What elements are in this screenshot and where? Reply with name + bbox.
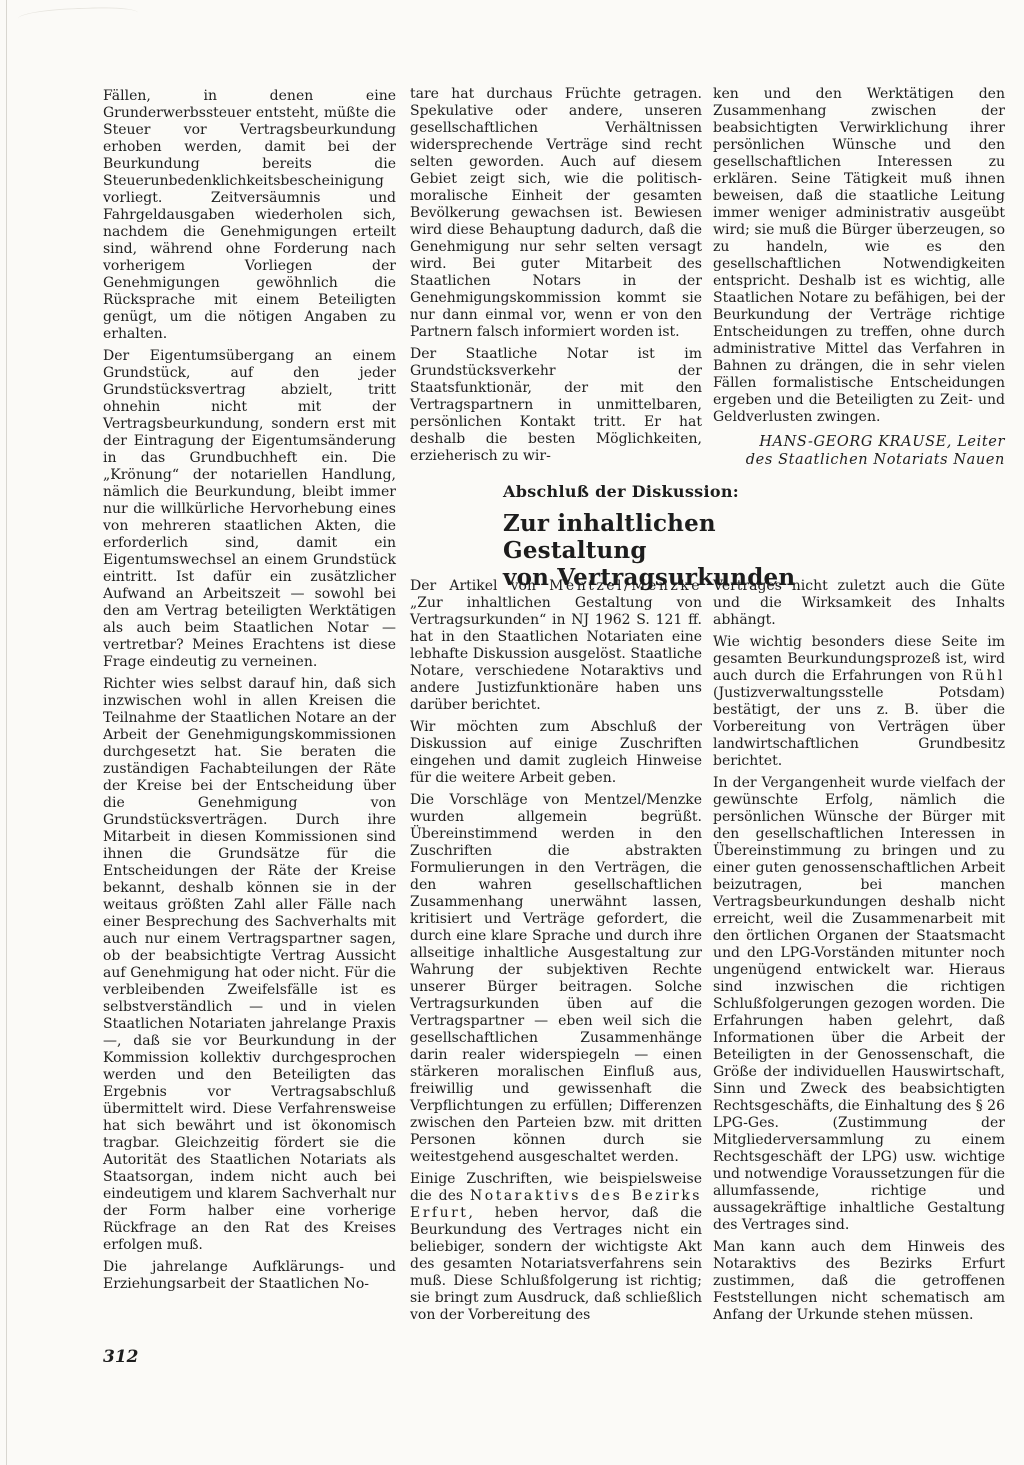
signature-role: des Staatlichen Notariats Nauen — [746, 452, 1005, 468]
paragraph: tare hat durchaus Früchte getragen. Spek… — [410, 86, 702, 341]
text-run: Richter wies selbst darauf hin, daß sich… — [103, 676, 396, 1253]
signature-name: HANS-GEORG KRAUSE, Leiter — [759, 434, 1005, 450]
paragraph: Der Staatliche Notar ist im Grundstücksv… — [410, 346, 702, 465]
text-run: (Justizverwaltungsstelle Potsdam) bestät… — [713, 685, 1005, 769]
paragraph: Die jahrelange Aufklärungs- und Erziehun… — [103, 1259, 396, 1293]
column-1: Fällen, in denen eine Grunderwerbssteuer… — [103, 88, 396, 1293]
paragraph: Der Artikel von Mentzel/Menzke „Zur inha… — [410, 578, 702, 714]
text-run: Man kann auch dem Hinweis des Notaraktiv… — [713, 1239, 1005, 1323]
scan-edge-line — [6, 0, 7, 1465]
text-run: In der Vergangenheit wurde vielfach der … — [713, 775, 1005, 1233]
text-run: „Zur inhaltlichen Gestaltung von Vertrag… — [410, 595, 702, 713]
paragraph: Fällen, in denen eine Grunderwerbssteuer… — [103, 88, 396, 343]
emphasized-name: Mentzel/Menzke — [549, 578, 702, 594]
page-number: 312 — [103, 1347, 139, 1367]
text-run: Vertrages nicht zuletzt auch die Güte un… — [713, 578, 1005, 628]
text-run: Der Staatliche Notar ist im Grundstücksv… — [410, 346, 702, 464]
paragraph: Wie wichtig besonders diese Seite im ges… — [713, 634, 1005, 770]
text-run: ken und den Werktätigen den Zusammenhang… — [713, 86, 1005, 425]
paragraph: Vertrages nicht zuletzt auch die Güte un… — [713, 578, 1005, 629]
column-2-bottom: Der Artikel von Mentzel/Menzke „Zur inha… — [410, 578, 702, 1324]
text-run: Die jahrelange Aufklärungs- und Erziehun… — [103, 1259, 396, 1292]
section-kicker: Abschluß der Diskussion: — [503, 482, 833, 501]
section-heading: Abschluß der Diskussion: Zur inhaltliche… — [503, 482, 833, 591]
column-3-top: ken und den Werktätigen den Zusammenhang… — [713, 86, 1005, 469]
text-run: Der Artikel von — [410, 578, 549, 594]
paragraph: In der Vergangenheit wurde vielfach der … — [713, 775, 1005, 1234]
scan-corner-artifact — [18, 6, 139, 27]
paragraph: Der Eigentumsübergang an einem Grundstüc… — [103, 348, 396, 671]
column-3-bottom: Vertrages nicht zuletzt auch die Güte un… — [713, 578, 1005, 1324]
signature: HANS-GEORG KRAUSE, Leiter des Staatliche… — [713, 433, 1005, 469]
paragraph: Man kann auch dem Hinweis des Notaraktiv… — [713, 1239, 1005, 1324]
text-run: tare hat durchaus Früchte getragen. Spek… — [410, 86, 702, 340]
paragraph: Die Vorschläge von Mentzel/Menzke wurden… — [410, 792, 702, 1166]
text-run: Fällen, in denen eine Grunderwerbssteuer… — [103, 88, 396, 342]
paragraph: Wir möchten zum Abschluß der Diskussion … — [410, 719, 702, 787]
text-run: Der Eigentumsübergang an einem Grundstüc… — [103, 348, 396, 670]
text-run: Wir möchten zum Abschluß der Diskussion … — [410, 719, 702, 786]
emphasized-name: Rühl — [962, 668, 1005, 684]
column-2-top: tare hat durchaus Früchte getragen. Spek… — [410, 86, 702, 465]
paragraph: ken und den Werktätigen den Zusammenhang… — [713, 86, 1005, 426]
paragraph: Richter wies selbst darauf hin, daß sich… — [103, 676, 396, 1254]
section-title-line1: Zur inhaltlichen Gestaltung — [503, 510, 716, 564]
paragraph: Einige Zuschriften, wie beispielsweise d… — [410, 1171, 702, 1324]
column-3-top-text: ken und den Werktätigen den Zusammenhang… — [713, 86, 1005, 426]
journal-page: Fällen, in denen eine Grunderwerbssteuer… — [0, 0, 1024, 1465]
text-run: , heben hervor, daß die Beurkundung des … — [410, 1205, 702, 1323]
text-run: Die Vorschläge von Mentzel/Menzke wurden… — [410, 792, 702, 1165]
